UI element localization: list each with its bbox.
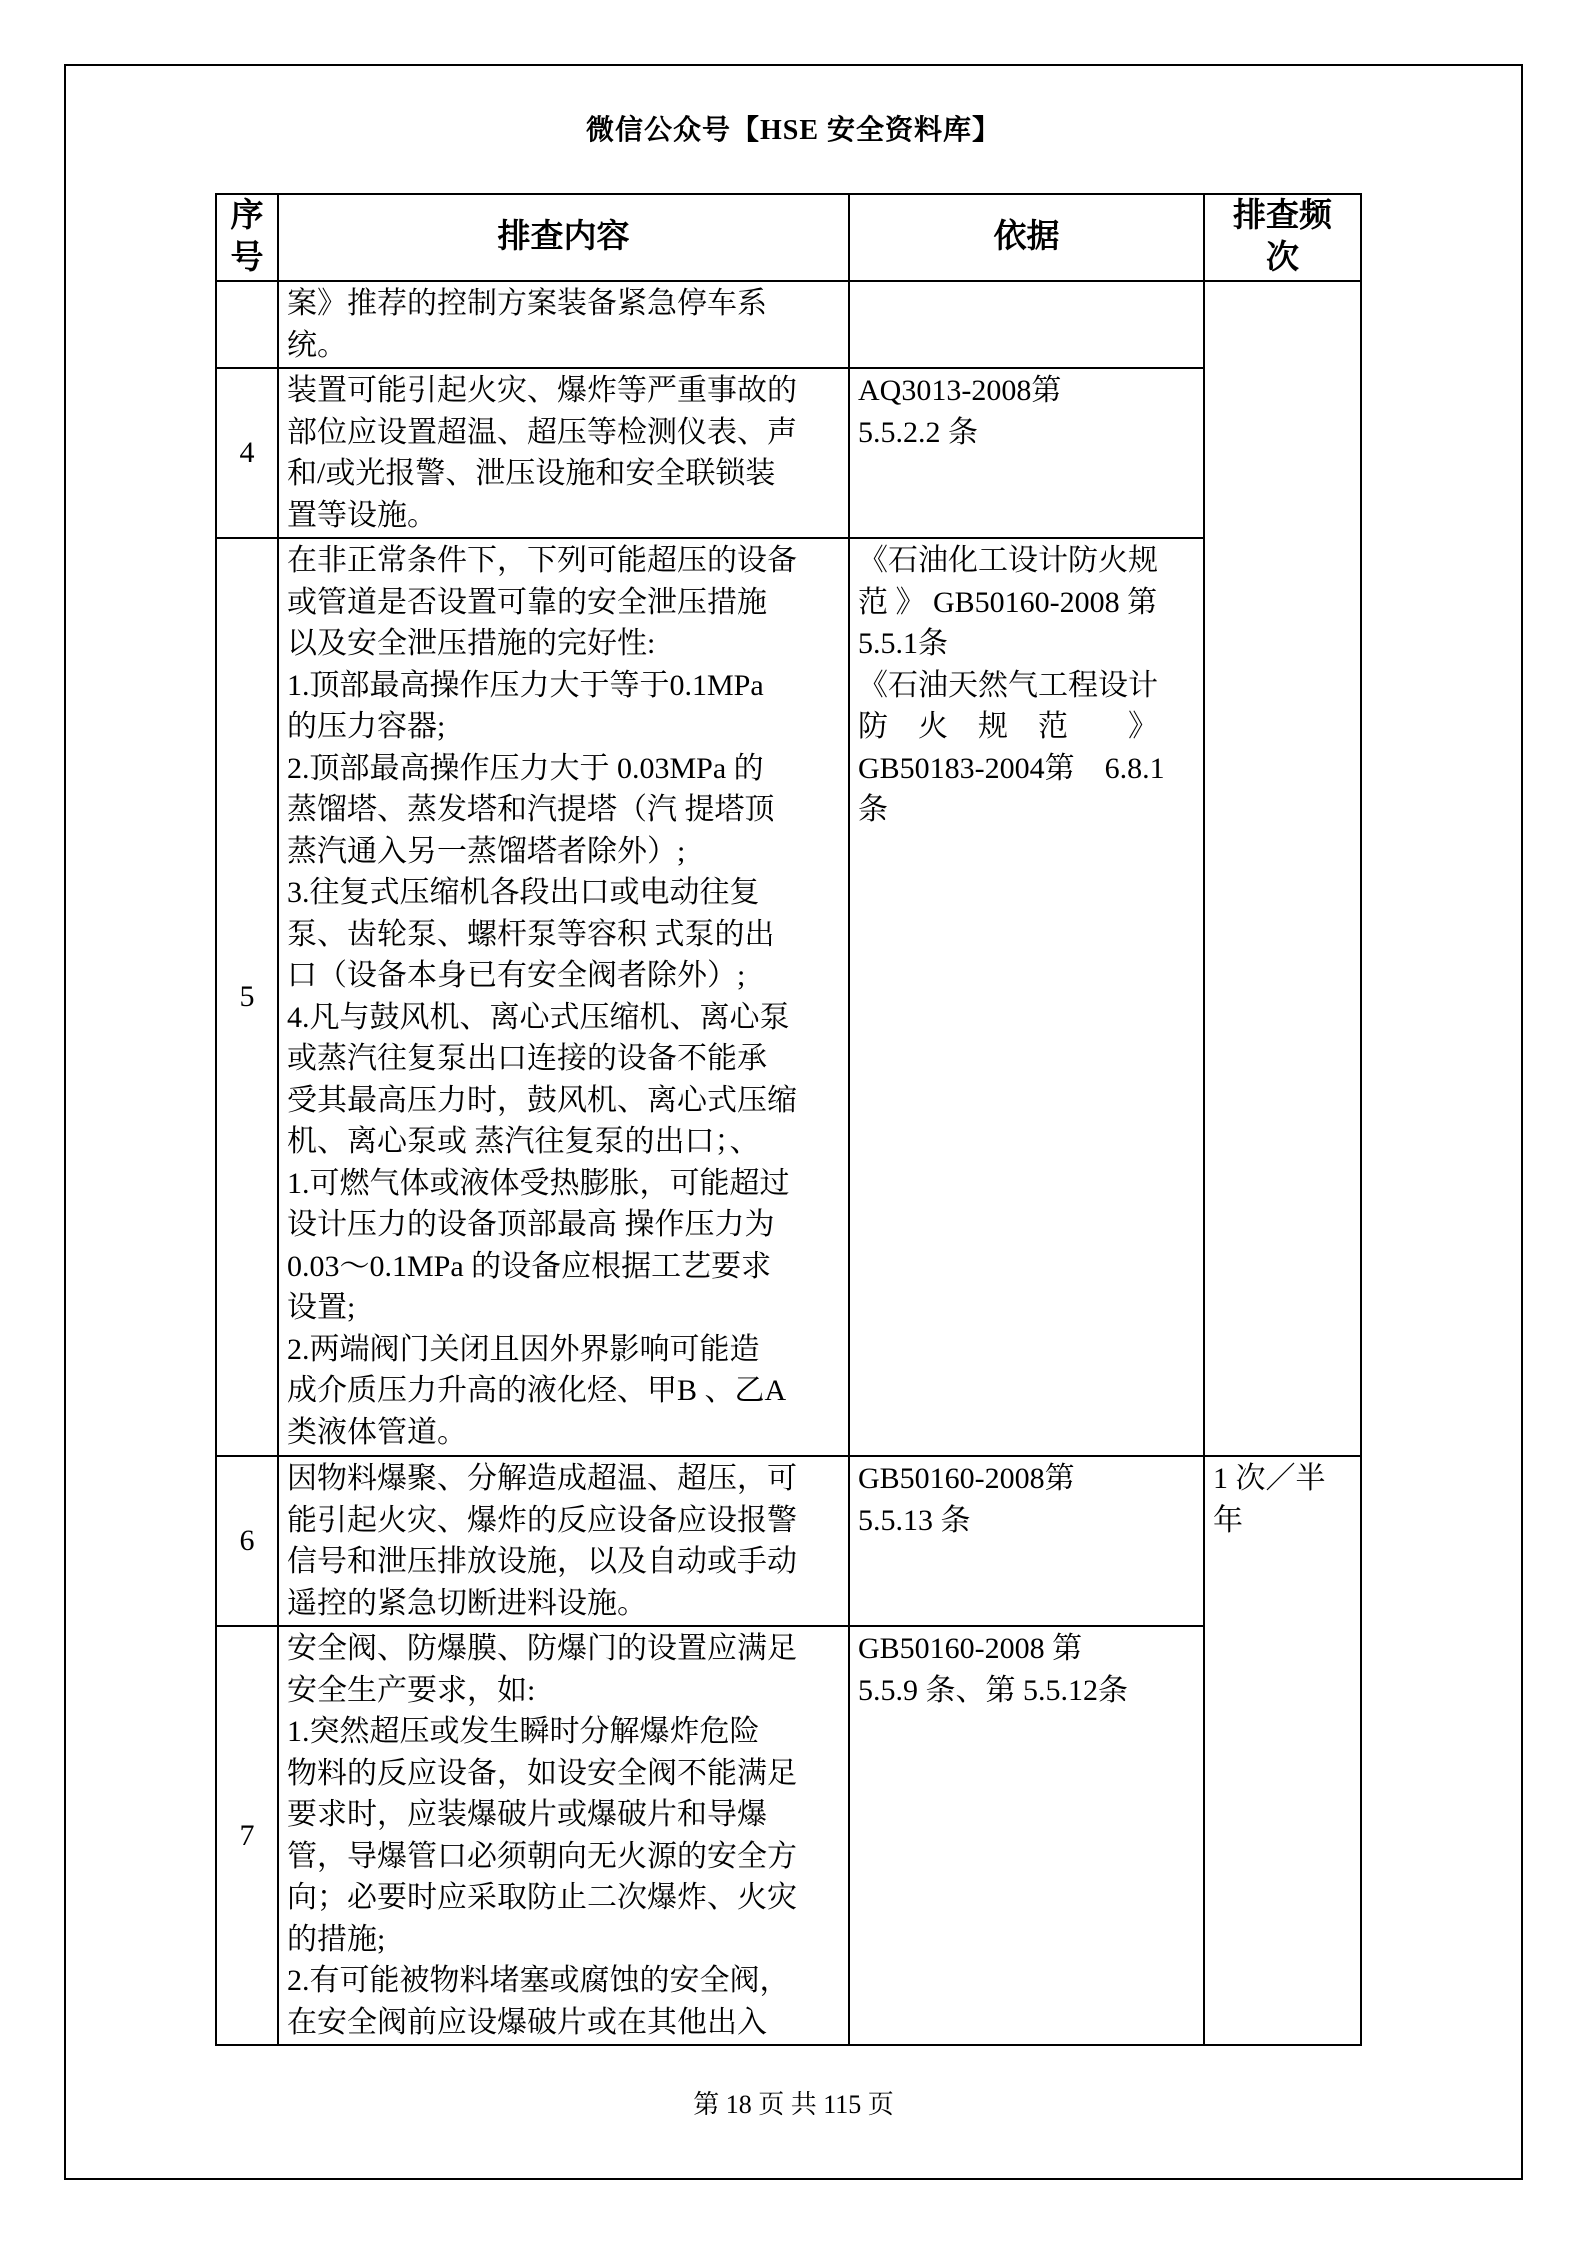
header-no: 序 号 (216, 194, 278, 281)
seq-cell (216, 281, 278, 368)
content-cell: 安全阀、防爆膜、防爆门的设置应满足 安全生产要求，如: 1.突然超压或发生瞬时分… (278, 1626, 849, 2045)
inspection-table: 序 号 排查内容 依据 排查频 次 案》推荐的控制方案装备紧急停车系 统。 4 … (215, 193, 1362, 2046)
table-row: 5 在非正常条件下，下列可能超压的设备 或管道是否设置可靠的安全泄压措施 以及安… (216, 538, 1361, 1456)
basis-cell: AQ3013-2008第 5.5.2.2 条 (849, 368, 1204, 538)
table-row: 案》推荐的控制方案装备紧急停车系 统。 (216, 281, 1361, 368)
table-row: 4 装置可能引起火灾、爆炸等严重事故的 部位应设置超温、超压等检测仪表、声 和/… (216, 368, 1361, 538)
basis-cell (849, 281, 1204, 368)
content-cell: 案》推荐的控制方案装备紧急停车系 统。 (278, 281, 849, 368)
content-cell: 在非正常条件下，下列可能超压的设备 或管道是否设置可靠的安全泄压措施 以及安全泄… (278, 538, 849, 1456)
seq-cell: 5 (216, 538, 278, 1456)
header-frequency: 排查频 次 (1204, 194, 1361, 281)
table-header-row: 序 号 排查内容 依据 排查频 次 (216, 194, 1361, 281)
basis-cell: 《石油化工设计防火规 范 》 GB50160-2008 第 5.5.1条 《石油… (849, 538, 1204, 1456)
content-cell: 装置可能引起火灾、爆炸等严重事故的 部位应设置超温、超压等检测仪表、声 和/或光… (278, 368, 849, 538)
frequency-cell: 1 次／半 年 (1204, 1456, 1361, 2045)
table-row: 7 安全阀、防爆膜、防爆门的设置应满足 安全生产要求，如: 1.突然超压或发生瞬… (216, 1626, 1361, 2045)
content-cell: 因物料爆聚、分解造成超温、超压，可 能引起火灾、爆炸的反应设备应设报警 信号和泄… (278, 1456, 849, 1626)
table-row: 6 因物料爆聚、分解造成超温、超压，可 能引起火灾、爆炸的反应设备应设报警 信号… (216, 1456, 1361, 1626)
seq-cell: 6 (216, 1456, 278, 1626)
header-basis: 依据 (849, 194, 1204, 281)
page-header: 微信公众号【HSE 安全资料库】 (0, 108, 1587, 148)
seq-cell: 4 (216, 368, 278, 538)
header-content: 排查内容 (278, 194, 849, 281)
frequency-cell (1204, 281, 1361, 1456)
basis-cell: GB50160-2008 第 5.5.9 条、第 5.5.12条 (849, 1626, 1204, 2045)
basis-cell: GB50160-2008第 5.5.13 条 (849, 1456, 1204, 1626)
seq-cell: 7 (216, 1626, 278, 2045)
page-footer: 第 18 页 共 115 页 (0, 2084, 1587, 2121)
